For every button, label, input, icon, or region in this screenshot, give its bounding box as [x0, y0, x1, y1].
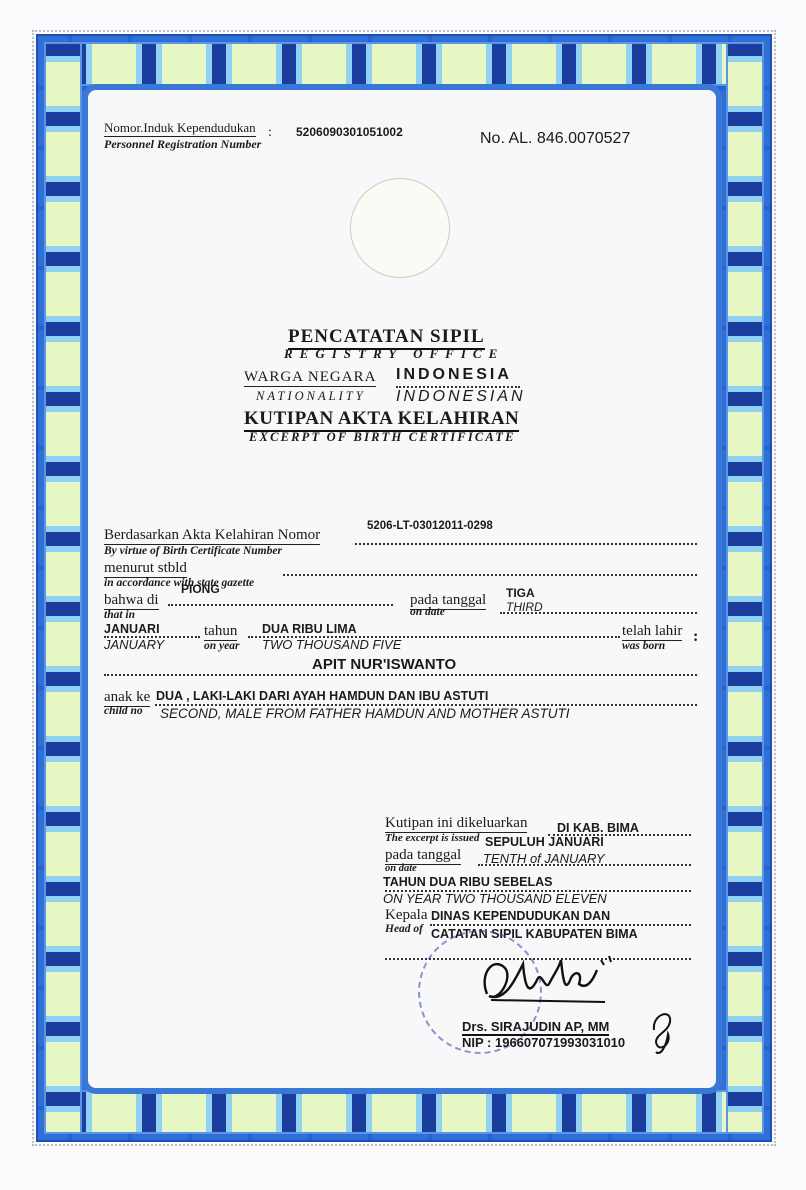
birth-place-dotline: [168, 604, 393, 606]
document-title: KUTIPAN AKTA KELAHIRAN: [244, 408, 519, 432]
nationality-value-en: INDONESIAN: [396, 388, 526, 406]
office-title-en: REGISTRY OFFICE: [284, 346, 504, 362]
signature-icon: [475, 950, 645, 1020]
head-label: Kepala: [385, 907, 427, 924]
birth-year-value: DUA RIBU LIMA: [262, 622, 357, 636]
head-office-dotline: [430, 924, 691, 926]
cert-number-value: 5206-LT-03012011-0298: [367, 520, 493, 532]
issue-year-value: TAHUN DUA RIBU SEBELAS: [383, 875, 552, 889]
birth-place-value: PIONG: [181, 582, 220, 596]
nationality-value: INDONESIA: [396, 366, 512, 384]
nationality-label: WARGA NEGARA: [244, 369, 376, 387]
border-band-left: [44, 42, 82, 1134]
birth-year-label-en: on year: [204, 640, 239, 652]
issued-label: Kutipan ini dikeluarkan: [385, 815, 527, 833]
border-band-right: [726, 42, 764, 1134]
birth-date-value: TIGA: [506, 586, 535, 600]
birth-year-dotline: [248, 636, 620, 638]
document-title-en: EXCERPT OF BIRTH CERTIFICATE: [249, 430, 516, 445]
official-name: Drs. SIRAJUDIN AP, MM: [462, 1019, 609, 1036]
stbld-label: menurut stbld: [104, 560, 187, 578]
border-band-top: [44, 42, 764, 86]
born-label: telah lahir: [622, 623, 682, 641]
birth-year-value-en: TWO THOUSAND FIVE: [262, 637, 401, 652]
cert-number-dotline: [355, 543, 697, 545]
child-name: APIT NUR'ISWANTO: [310, 656, 458, 673]
cert-number-label-en: By virtue of Birth Certificate Number: [104, 545, 282, 557]
head-label-en: Head of: [385, 923, 423, 935]
head-office-line-1: DINAS KEPENDUDUKAN DAN: [431, 909, 610, 923]
child-order-value: DUA , LAKI-LAKI DARI AYAH HAMDUN DAN IBU…: [156, 689, 488, 703]
stbld-label-en: in accordance with state gazette: [104, 577, 254, 589]
birth-year-label: tahun: [204, 623, 237, 641]
birth-month-value-en: JANUARY: [104, 637, 164, 652]
stbld-dotline: [283, 574, 697, 576]
child-order-value-en: SECOND, MALE FROM FATHER HAMDUN AND MOTH…: [160, 706, 570, 721]
official-nip: NIP : 196607071993031010: [462, 1035, 625, 1050]
issue-date-dotline: [478, 864, 691, 866]
certificate-number: No. AL. 846.0070527: [480, 130, 630, 148]
birth-month-dotline: [104, 636, 200, 638]
nik-value: 5206090301051002: [296, 125, 403, 139]
birth-place-label-en: that in: [104, 609, 135, 621]
child-order-label-en: child no: [104, 705, 143, 717]
issued-place-value: DI KAB. BIMA: [557, 821, 639, 835]
issued-label-en: The excerpt is issued: [385, 832, 479, 844]
born-colon: :: [693, 628, 698, 646]
name-dotline: [104, 674, 697, 676]
initial-paraf-icon: [648, 1008, 678, 1058]
born-label-en: was born: [622, 640, 665, 652]
nik-label-en: Personnel Registration Number: [104, 137, 261, 152]
issue-date-label-en: on date: [385, 863, 417, 874]
embossed-seal: [350, 178, 450, 278]
issue-year-value-en: ON YEAR TWO THOUSAND ELEVEN: [383, 891, 607, 906]
birth-place-label: bahwa di: [104, 592, 159, 610]
birth-month-value: JANUARI: [104, 622, 160, 636]
cert-number-label: Berdasarkan Akta Kelahiran Nomor: [104, 527, 320, 545]
birth-date-dotline: [500, 612, 697, 614]
border-band-bottom: [44, 1090, 764, 1134]
nik-colon: :: [268, 125, 272, 141]
nationality-label-en: NATIONALITY: [256, 389, 366, 404]
birth-date-label-en: on date: [410, 606, 445, 618]
nik-label: Nomor.Induk Kependudukan: [104, 120, 256, 137]
issue-date-value: SEPULUH JANUARI: [485, 835, 604, 849]
